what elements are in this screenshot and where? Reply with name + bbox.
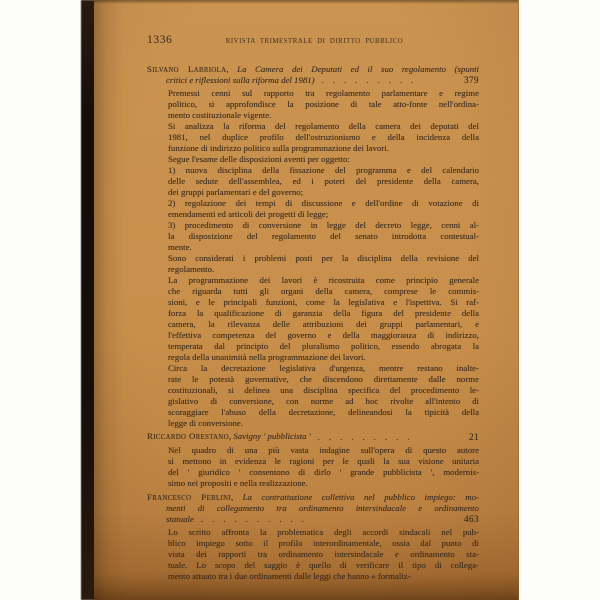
entry-abstract: Lo scritto affronta la problematica degl… <box>168 527 479 582</box>
entry-title-text: statuale <box>166 514 194 525</box>
entry-title-line: menti di collegamento tra ordinamento in… <box>166 503 479 514</box>
journal-title: RIVISTA TRIMESTRALE DI DIRITTO PUBBLICO <box>147 34 482 45</box>
entry-title-italic: Savigny ' pubblicista ' <box>233 432 310 441</box>
abstract-line: forza la qualificazione di garanzia dell… <box>168 308 479 319</box>
entry-page-number: 463 <box>464 514 479 525</box>
entry-title-text: SILVANO LABRIOLA, La Camera dei Deputati… <box>147 64 479 74</box>
abstract-line: Premessi cenni sul rapporto tra regolame… <box>168 88 479 99</box>
entry-page-number: 21 <box>469 432 479 443</box>
entry-title-text: RICCARDO ORESTANO, Savigny ' pubblicista… <box>147 432 311 443</box>
folio-page-number: 1336 <box>147 34 172 46</box>
dot-leader: .......... <box>201 514 462 525</box>
entry-author: FRANCESCO PERLINI <box>147 492 231 502</box>
book-page: 1336 RIVISTA TRIMESTRALE DI DIRITTO PUBB… <box>94 0 519 600</box>
abstract-line: che riguarda tutti gli organi della came… <box>168 286 479 297</box>
abstract-line: blico impiego sotto il profilo interordi… <box>168 538 479 549</box>
abstract-line: l'effettiva competenza del governo e del… <box>168 330 479 341</box>
author-rest: ERLINI <box>207 495 231 502</box>
author-rest: RESTANO <box>196 434 229 441</box>
abstract-line: rate le potestà governative, che discend… <box>168 374 479 385</box>
author-initial: O <box>189 432 196 441</box>
abstract-line: Si analizza la riforma del regolamento d… <box>168 121 479 132</box>
bibliography-entry: SILVANO LABRIOLA, La Camera dei Deputati… <box>147 64 479 429</box>
entry-title-line: FRANCESCO PERLINI, La contrattazione col… <box>147 492 479 503</box>
entry-title-text: critici e riflessioni sulla riforma del … <box>166 75 315 86</box>
abstract-line: vista dei rapporti tra ordinamento inter… <box>168 549 479 560</box>
abstract-line: Sono considerati i problemi posti per la… <box>168 253 479 264</box>
abstract-line: Circa la decretazione legislativa d'urge… <box>168 363 479 374</box>
abstract-line: 3) procedimento di conversione in legge … <box>168 220 479 231</box>
abstract-line: temperata dal principio del pluralismo p… <box>168 341 479 352</box>
entry-page-number: 379 <box>464 75 479 86</box>
dot-leader: ......... <box>318 432 467 443</box>
author-rest: ABRIOLA <box>194 67 227 74</box>
abstract-line: mento attuato tra i due ordinamenti dall… <box>168 571 479 582</box>
entry-title-text: menti di collegamento tra ordinamento in… <box>166 503 479 513</box>
entry-title-italic: statuale <box>166 514 194 524</box>
entry-author: RICCARDO ORESTANO <box>147 432 229 441</box>
abstract-line: mento costituzionale vigente. <box>168 110 479 121</box>
abstract-line: simo nei propositi e nella realizzazione… <box>168 478 479 489</box>
entry-title-text: FRANCESCO PERLINI, La contrattazione col… <box>147 492 479 502</box>
abstract-line: la disposizione del regolamento del sena… <box>168 231 479 242</box>
entry-abstract: Premessi cenni sul rapporto tra regolame… <box>168 88 479 429</box>
entry-abstract: Nel quadro di una più vasta indagine sul… <box>168 445 479 489</box>
entry-title-italic: La Camera dei Deputati ed il suo regolam… <box>237 64 479 74</box>
page-header: 1336 RIVISTA TRIMESTRALE DI DIRITTO PUBB… <box>147 34 482 45</box>
abstract-line: 1981, nel duplice profilo dell'ostruzion… <box>168 132 479 143</box>
bibliography-entry: RICCARDO ORESTANO, Savigny ' pubblicista… <box>147 432 479 489</box>
abstract-line: si mettono in evidenza le ragioni per le… <box>168 456 479 467</box>
abstract-line: tuale. Lo scopo del saggio è quello di v… <box>168 560 479 571</box>
entry-title-italic: La contrattazione collettiva nel pubblic… <box>243 492 479 502</box>
abstract-line: mente. <box>168 242 479 253</box>
book-spine-shadow <box>81 0 95 600</box>
abstract-line: costituzionali, si delinea una disciplin… <box>168 385 479 396</box>
abstract-line: gislativo di conversione, con norme ad h… <box>168 396 479 407</box>
abstract-line: funzione di indirizzo politico sulla pro… <box>168 143 479 154</box>
entry-author: SILVANO LABRIOLA <box>147 64 226 74</box>
entry-title-line: SILVANO LABRIOLA, La Camera dei Deputati… <box>147 64 479 75</box>
abstract-line: 2) regolazione dei tempi di discussione … <box>168 198 479 209</box>
abstract-line: sioni, e le principali funzioni, come la… <box>168 297 479 308</box>
abstract-line: camera, la rilevanza delle attribuzioni … <box>168 319 479 330</box>
abstract-line: politico, si approfondisce la posizione … <box>168 99 479 110</box>
abstract-line: Nel quadro di una più vasta indagine sul… <box>168 445 479 456</box>
entry-title-line: RICCARDO ORESTANO, Savigny ' pubblicista… <box>147 432 479 443</box>
abstract-line: regola della unanimità nella programmazi… <box>168 352 479 363</box>
abstract-line: regolamento. <box>168 264 479 275</box>
author-rest: ICCARDO <box>153 434 186 441</box>
entries: SILVANO LABRIOLA, La Camera dei Deputati… <box>147 64 479 582</box>
entry-title-italic: critici e riflessioni sulla riforma del … <box>166 75 315 85</box>
bibliography-entry: FRANCESCO PERLINI, La contrattazione col… <box>147 492 479 582</box>
abstract-line: emendamenti ed articoli dei progetti di … <box>168 209 479 220</box>
abstract-line: legge di conversione. <box>168 418 479 429</box>
abstract-line: Segue l'esame delle disposizioni aventi … <box>168 154 479 165</box>
abstract-line: 1) nuova disciplina della fissazione del… <box>168 165 479 176</box>
abstract-line: La programmazione dei lavori è ricostrui… <box>168 275 479 286</box>
abstract-line: dei gruppi parlamentari e del governo; <box>168 187 479 198</box>
abstract-line: Lo scritto affronta la problematica degl… <box>168 527 479 538</box>
scan-backdrop: 1336 RIVISTA TRIMESTRALE DI DIRITTO PUBB… <box>0 0 600 600</box>
entry-title-line: critici e riflessioni sulla riforma del … <box>166 75 479 86</box>
entry-title-line: statuale..........463 <box>166 514 479 525</box>
abstract-line: del ' giuridico ' consentono di dirlo ' … <box>168 467 479 478</box>
author-rest: ILVANO <box>152 67 179 74</box>
dot-leader: ......... <box>322 75 462 86</box>
entry-title-italic: menti di collegamento tra ordinamento in… <box>166 503 479 513</box>
author-rest: RANCESCO <box>152 495 191 502</box>
abstract-line: scoraggiare l'abuso della decretazione, … <box>168 407 479 418</box>
abstract-line: delle sedute dell'assemblea, ed i poteri… <box>168 176 479 187</box>
